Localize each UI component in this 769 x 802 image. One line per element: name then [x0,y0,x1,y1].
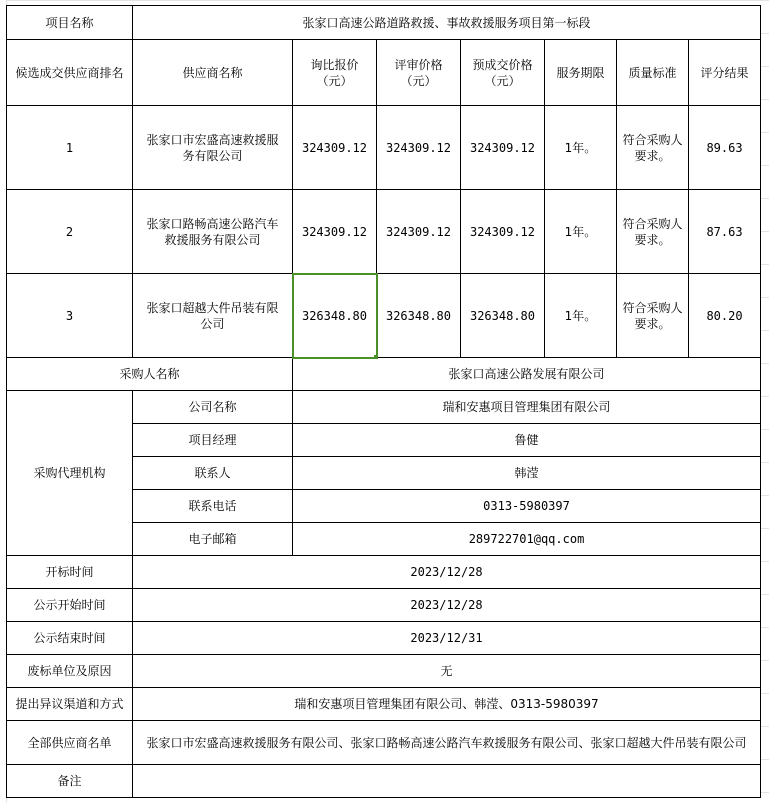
supplier-cell[interactable]: 张家口市宏盛高速救援服务有限公司 [133,106,293,190]
project-value: 张家口高速公路道路救援、事故救援服务项目第一标段 [302,16,590,30]
header-rank-label: 候选成交供应商排名 [15,66,123,80]
quality-cell[interactable]: 符合采购人要求。 [617,190,689,274]
score-cell[interactable]: 80.20 [689,274,761,358]
info-value[interactable]: 无 [133,655,761,688]
header-review-label: 评审价格 [380,57,457,73]
info-row-publicity-end: 公示结束时间 2023/12/31 [7,622,761,655]
deal-price-cell[interactable]: 324309.12 [461,106,545,190]
purchaser-label-cell[interactable]: 采购人名称 [7,358,293,391]
agency-company-value[interactable]: 瑞和安惠项目管理集团有限公司 [293,391,761,424]
purchaser-value-cell[interactable]: 张家口高速公路发展有限公司 [293,358,761,391]
agency-phone-value[interactable]: 0313-5980397 [293,490,761,523]
header-quote-price[interactable]: 询比报价 （元） [293,40,377,106]
rank-cell[interactable]: 3 [7,274,133,358]
header-service-period-label: 服务期限 [556,66,604,80]
info-value[interactable]: 2023/12/31 [133,622,761,655]
info-label[interactable]: 提出异议渠道和方式 [7,688,133,721]
project-label-cell[interactable]: 项目名称 [7,6,133,40]
info-label[interactable]: 全部供应商名单 [7,721,133,765]
agency-field-label[interactable]: 电子邮箱 [133,523,293,556]
agency-field-label[interactable]: 项目经理 [133,424,293,457]
header-deal-unit: （元） [464,73,541,89]
header-quality-label: 质量标准 [628,66,676,80]
header-review-unit: （元） [380,73,457,89]
rank-cell[interactable]: 2 [7,190,133,274]
header-deal-label: 预成交价格 [464,57,541,73]
quote-price-value: 326348.80 [302,309,367,323]
review-price-cell[interactable]: 326348.80 [377,274,461,358]
supplier-cell[interactable]: 张家口路畅高速公路汽车救援服务有限公司 [133,190,293,274]
info-row-objection-channel: 提出异议渠道和方式 瑞和安惠项目管理集团有限公司、韩滢、0313-5980397 [7,688,761,721]
info-row-publicity-start: 公示开始时间 2023/12/28 [7,589,761,622]
candidates-header-row: 候选成交供应商排名 供应商名称 询比报价 （元） 评审价格 （元） 预成交价格 … [7,40,761,106]
quality-cell[interactable]: 符合采购人要求。 [617,106,689,190]
header-deal-price[interactable]: 预成交价格 （元） [461,40,545,106]
fill-handle[interactable] [374,355,377,358]
info-label[interactable]: 备注 [7,765,133,798]
agency-row: 采购代理机构 公司名称 瑞和安惠项目管理集团有限公司 [7,391,761,424]
candidate-row: 1 张家口市宏盛高速救援服务有限公司 324309.12 324309.12 3… [7,106,761,190]
score-cell[interactable]: 89.63 [689,106,761,190]
agency-contact-value[interactable]: 韩滢 [293,457,761,490]
purchaser-row: 采购人名称 张家口高速公路发展有限公司 [7,358,761,391]
header-review-price[interactable]: 评审价格 （元） [377,40,461,106]
header-quote-unit: （元） [296,73,373,89]
agency-email-value[interactable]: 289722701@qq.com [293,523,761,556]
header-quote-label: 询比报价 [296,57,373,73]
review-price-cell[interactable]: 324309.12 [377,190,461,274]
supplier-cell[interactable]: 张家口超越大件吊装有限公司 [133,274,293,358]
header-supplier[interactable]: 供应商名称 [133,40,293,106]
review-price-cell[interactable]: 324309.12 [377,106,461,190]
info-label[interactable]: 公示开始时间 [7,589,133,622]
header-score-label: 评分结果 [700,66,748,80]
service-period-cell[interactable]: 1年。 [545,190,617,274]
project-label: 项目名称 [45,16,93,30]
info-value[interactable]: 2023/12/28 [133,556,761,589]
bid-result-table: 项目名称 张家口高速公路道路救援、事故救援服务项目第一标段 候选成交供应商排名 … [6,5,761,798]
header-rank[interactable]: 候选成交供应商排名 [7,40,133,106]
quote-price-cell[interactable]: 324309.12 [293,106,377,190]
candidate-row: 2 张家口路畅高速公路汽车救援服务有限公司 324309.12 324309.1… [7,190,761,274]
deal-price-cell[interactable]: 326348.80 [461,274,545,358]
agency-field-label[interactable]: 公司名称 [133,391,293,424]
quote-price-cell[interactable]: 324309.12 [293,190,377,274]
agency-field-label[interactable]: 联系电话 [133,490,293,523]
info-value[interactable]: 2023/12/28 [133,589,761,622]
agency-label-cell[interactable]: 采购代理机构 [7,391,133,556]
header-supplier-label: 供应商名称 [182,66,242,80]
info-label[interactable]: 废标单位及原因 [7,655,133,688]
project-row: 项目名称 张家口高速公路道路救援、事故救援服务项目第一标段 [7,6,761,40]
quote-price-cell-selected[interactable]: 326348.80 [293,274,377,358]
quality-cell[interactable]: 符合采购人要求。 [617,274,689,358]
project-value-cell[interactable]: 张家口高速公路道路救援、事故救援服务项目第一标段 [133,6,761,40]
rank-cell[interactable]: 1 [7,106,133,190]
info-value[interactable] [133,765,761,798]
info-row-all-suppliers: 全部供应商名单 张家口市宏盛高速救援服务有限公司、张家口路畅高速公路汽车救援服务… [7,721,761,765]
service-period-cell[interactable]: 1年。 [545,106,617,190]
header-score[interactable]: 评分结果 [689,40,761,106]
info-label[interactable]: 公示结束时间 [7,622,133,655]
candidate-row: 3 张家口超越大件吊装有限公司 326348.80 326348.80 3263… [7,274,761,358]
header-service-period[interactable]: 服务期限 [545,40,617,106]
deal-price-cell[interactable]: 324309.12 [461,190,545,274]
info-row-bid-opening: 开标时间 2023/12/28 [7,556,761,589]
header-quality[interactable]: 质量标准 [617,40,689,106]
score-cell[interactable]: 87.63 [689,190,761,274]
info-label[interactable]: 开标时间 [7,556,133,589]
info-value[interactable]: 瑞和安惠项目管理集团有限公司、韩滢、0313-5980397 [133,688,761,721]
agency-field-label[interactable]: 联系人 [133,457,293,490]
service-period-cell[interactable]: 1年。 [545,274,617,358]
info-row-remarks: 备注 [7,765,761,798]
info-row-invalid-bids: 废标单位及原因 无 [7,655,761,688]
info-value[interactable]: 张家口市宏盛高速救援服务有限公司、张家口路畅高速公路汽车救援服务有限公司、张家口… [133,721,761,765]
agency-manager-value[interactable]: 鲁健 [293,424,761,457]
